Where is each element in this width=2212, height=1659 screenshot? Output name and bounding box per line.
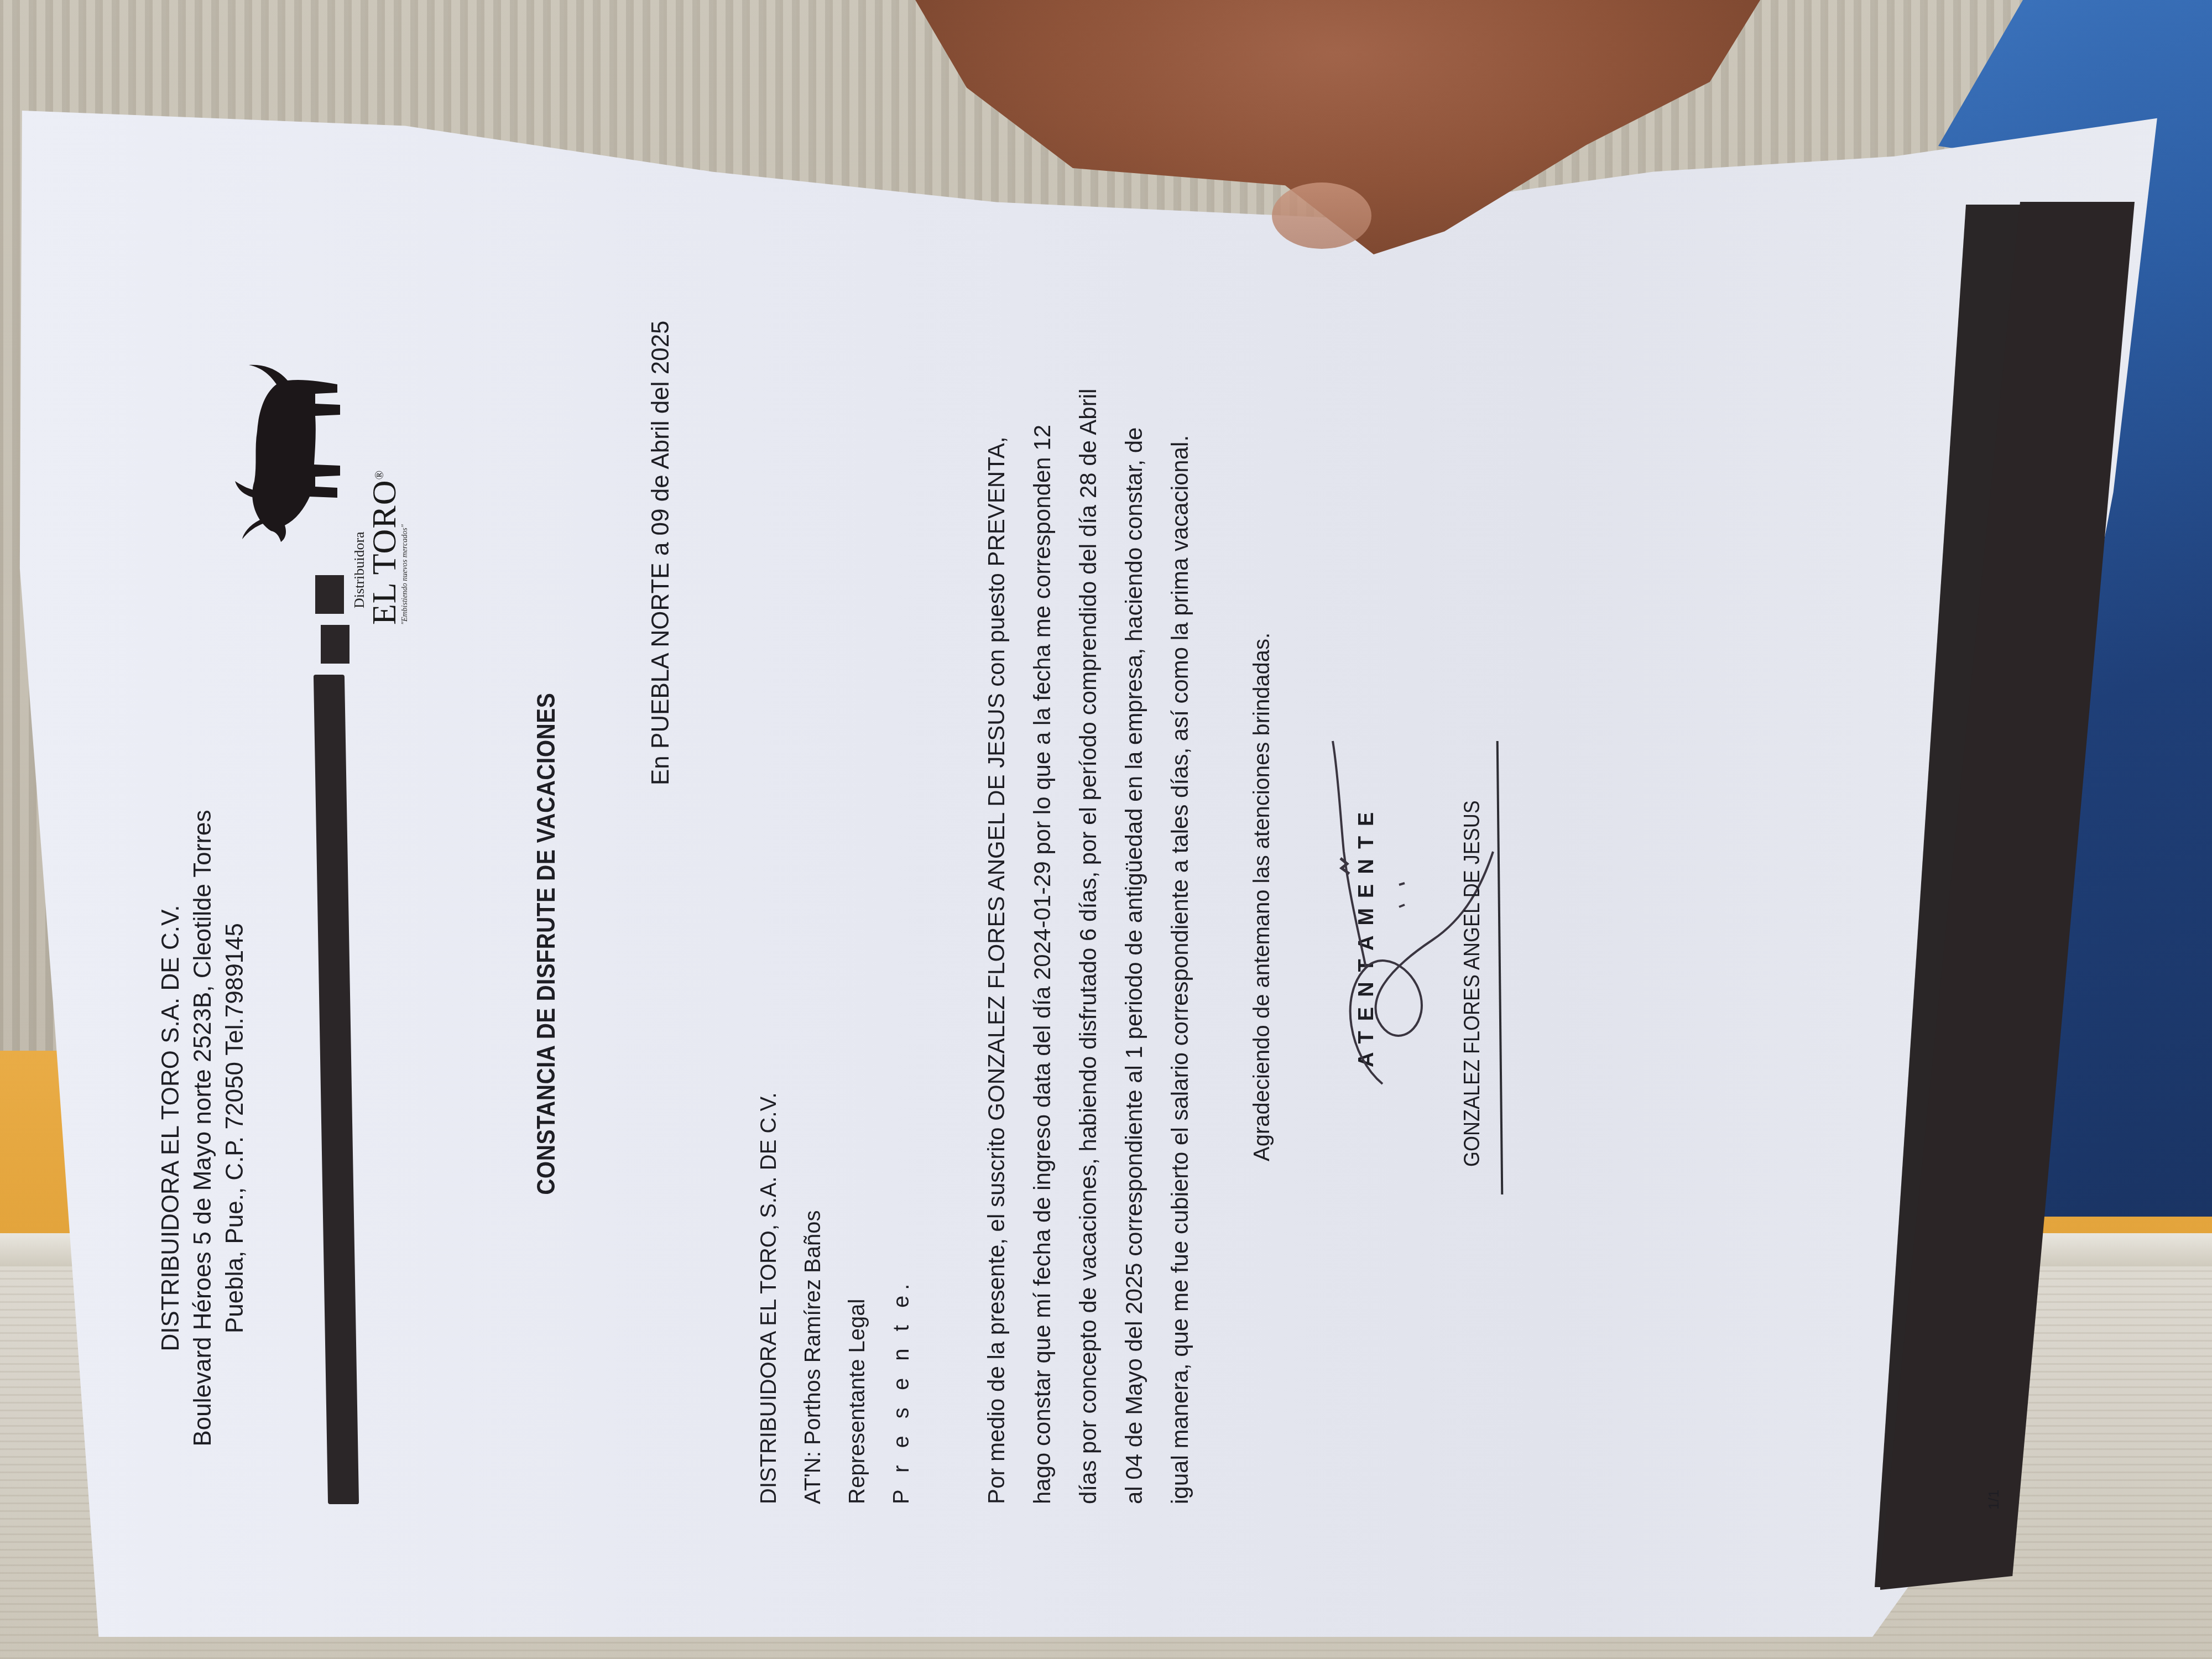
body-line: Por medio de la presente, el suscrito GO…	[973, 182, 1019, 1504]
redaction-bar-segment	[315, 575, 344, 614]
document-title-text: CONSTANCIA DE DISFRUTE DE VACACIONES	[531, 693, 561, 1195]
signer-name: GONZALEZ FLORES ANGEL DE JESUS	[1460, 800, 1485, 1167]
page-number: 1/1	[1985, 1490, 2002, 1510]
body-line: al 04 de Mayo del 2025 correspondiente a…	[1111, 182, 1157, 1504]
brand-name: EL TORO®	[365, 470, 404, 625]
body-line: días por concepto de vacaciones, habiend…	[1065, 182, 1111, 1504]
bull-icon	[232, 359, 359, 542]
recipient-attention: AT'N: Porthos Ramírez Baños	[791, 1092, 835, 1504]
recipient-role: Representante Legal	[835, 1092, 879, 1504]
body-line: igual manera, que me fue cubierto el sal…	[1157, 182, 1203, 1504]
letterhead-city: Puebla, Pue., C.P. 72050 Tel.7989145	[219, 741, 251, 1515]
body-paragraph: Por medio de la presente, el suscrito GO…	[973, 182, 1203, 1504]
thanks-line: Agradeciendo de antemano las atenciones …	[1250, 633, 1275, 1161]
redaction-bar-header	[314, 675, 359, 1504]
brand-tagline: "Embistiendo nuevos mercados"	[401, 524, 410, 625]
letterhead-company: DISTRIBUIDORA EL TORO S.A. DE C.V.	[155, 741, 187, 1515]
brand-name-text: EL TORO	[366, 480, 403, 625]
letterhead: DISTRIBUIDORA EL TORO S.A. DE C.V. Boule…	[155, 741, 251, 1515]
body-line: hago constar que mí fecha de ingreso dat…	[1019, 182, 1065, 1504]
registered-mark: ®	[372, 470, 386, 480]
recipient-company: DISTRIBUIDORA EL TORO, S.A. DE C.V.	[747, 1092, 791, 1504]
document-page: DISTRIBUIDORA EL TORO S.A. DE C.V. Boule…	[11, 111, 2002, 1637]
recipient-block: DISTRIBUIDORA EL TORO, S.A. DE C.V. AT'N…	[747, 1092, 924, 1504]
place-date: En PUEBLA NORTE a 09 de Abril del 2025	[647, 320, 675, 785]
redaction-bar-segment	[321, 625, 349, 664]
letterhead-address: Boulevard Héroes 5 de Mayo norte 2523B, …	[187, 741, 219, 1515]
recipient-salutation: P r e s e n t e.	[879, 1092, 924, 1504]
